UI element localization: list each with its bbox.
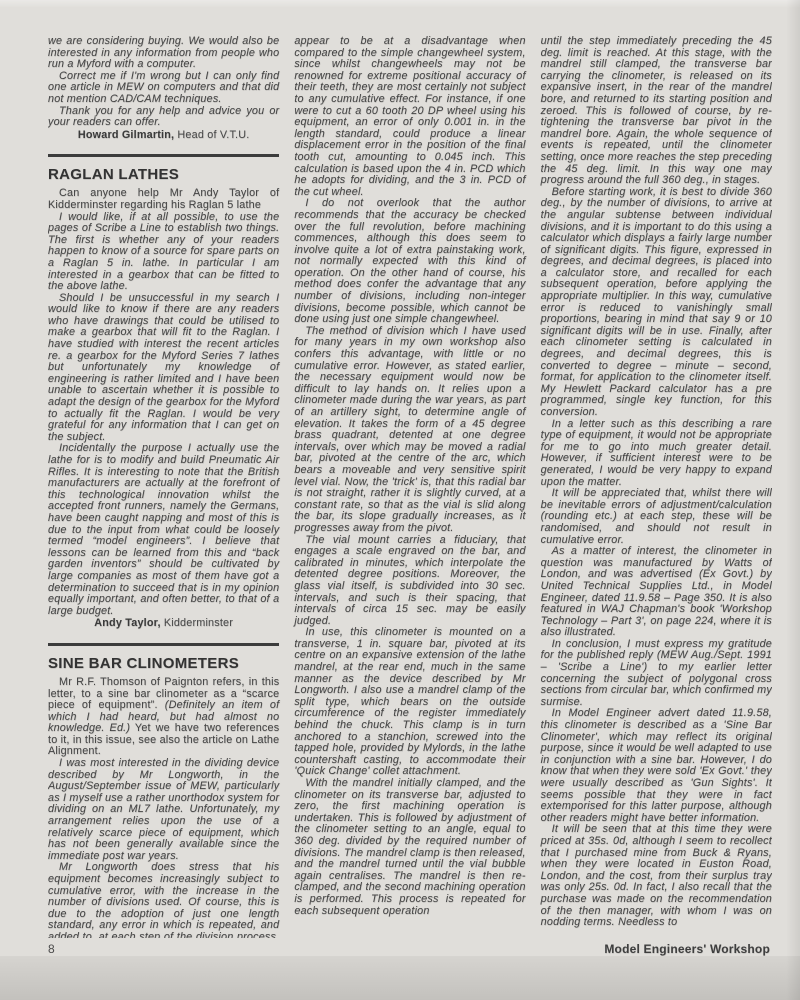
signature-name: Howard Gilmartin, <box>78 129 174 141</box>
signature-location: Kidderminster <box>161 617 233 629</box>
paragraph: until the step immediately preceding the… <box>541 36 772 187</box>
paragraph: I was most interested in the dividing de… <box>48 758 279 862</box>
paragraph: I do not overlook that the author recomm… <box>294 198 525 326</box>
paragraph: we are considering buying. We would also… <box>48 36 279 71</box>
column-left: we are considering buying. We would also… <box>48 36 279 938</box>
paragraph: Thank you for any help and advice you or… <box>48 106 279 129</box>
divider-rule <box>48 643 279 646</box>
paragraph: I would like, if at all possible, to use… <box>48 212 279 293</box>
paragraph: With the mandrel initially clamped, and … <box>294 778 525 917</box>
paragraph: It will be seen that at this time they w… <box>541 824 772 928</box>
paragraph: appear to be at a disadvantage when comp… <box>294 36 525 198</box>
paragraph: Can anyone help Mr Andy Taylor of Kidder… <box>48 188 279 211</box>
paragraph: The method of division which I have used… <box>294 326 525 535</box>
paragraph: Incidentally the purpose I actually use … <box>48 443 279 617</box>
signature-howard-gilmartin: Howard Gilmartin, Head of V.T.U. <box>48 130 279 142</box>
paragraph: In Model Engineer advert dated 11.9.58, … <box>541 708 772 824</box>
scan-edge-bottom <box>0 956 800 1000</box>
paragraph: Correct me if I'm wrong but I can only f… <box>48 71 279 106</box>
paragraph: It will be appreciated that, whilst ther… <box>541 488 772 546</box>
paragraph: In conclusion, I must express my gratitu… <box>541 639 772 709</box>
signature-andy-taylor: Andy Taylor, Kidderminster <box>48 618 279 630</box>
section-heading-sine-bar-clinometers: SINE BAR CLINOMETERS <box>48 655 279 672</box>
scan-edge-top <box>0 0 800 8</box>
column-right: until the step immediately preceding the… <box>541 36 772 938</box>
paragraph: Before starting work, it is best to divi… <box>541 187 772 419</box>
paragraph: The vial mount carries a fiduciary, that… <box>294 535 525 628</box>
paragraph: Should I be unsuccessful in my search I … <box>48 293 279 444</box>
paragraph: Mr R.F. Thomson of Paignton refers, in t… <box>48 677 279 758</box>
paragraph: As a matter of interest, the clinometer … <box>541 546 772 639</box>
journal-title: Model Engineers' Workshop <box>604 942 770 956</box>
signature-name: Andy Taylor, <box>94 617 160 629</box>
paragraph: In use, this clinometer is mounted on a … <box>294 627 525 778</box>
signature-role: Head of V.T.U. <box>174 129 249 141</box>
text-columns: we are considering buying. We would also… <box>48 36 772 938</box>
page-number: 8 <box>48 942 55 956</box>
paragraph: Mr Longworth does stress that his equipm… <box>48 862 279 938</box>
section-heading-raglan-lathes: RAGLAN LATHES <box>48 166 279 183</box>
divider-rule <box>48 154 279 157</box>
scanned-magazine-page: we are considering buying. We would also… <box>0 0 800 1000</box>
scan-edge-right <box>786 0 800 1000</box>
paragraph: In a letter such as this describing a ra… <box>541 419 772 489</box>
page-footer: 8 Model Engineers' Workshop <box>48 942 770 956</box>
column-middle: appear to be at a disadvantage when comp… <box>294 36 525 938</box>
